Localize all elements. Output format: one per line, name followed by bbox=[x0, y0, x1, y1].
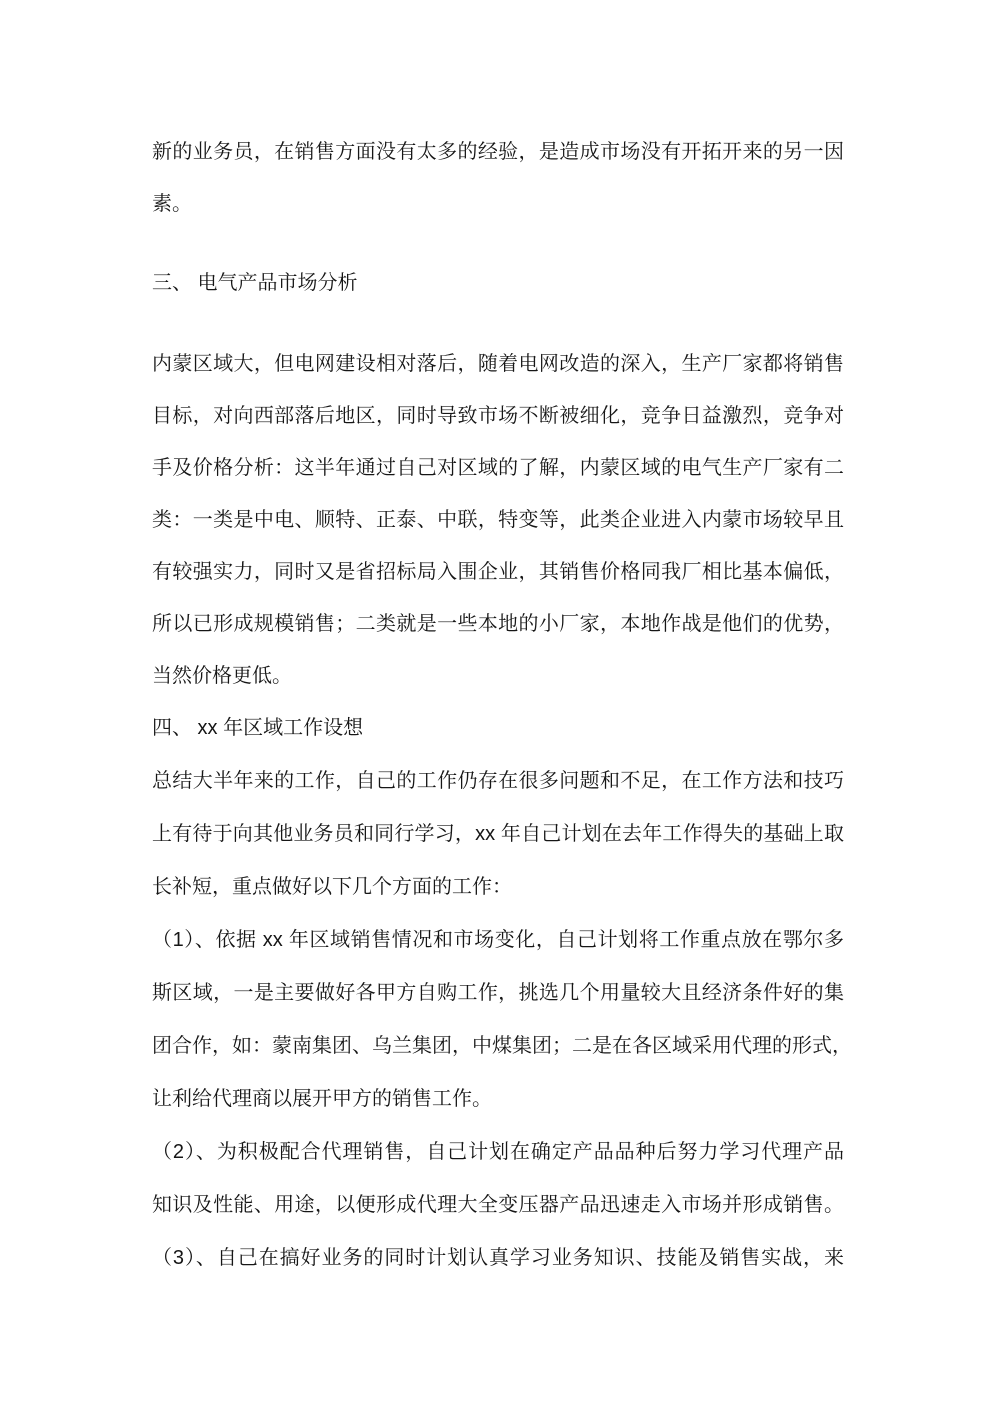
text-line: 斯区域，一是主要做好各甲方自购工作，挑选几个用量较大且经济条件好的集 bbox=[152, 967, 844, 1020]
text-line: （1）、依据 xx 年区域销售情况和市场变化，自己计划将工作重点放在鄂尔多 bbox=[152, 914, 844, 967]
text-line: 上有待于向其他业务员和同行学习，xx 年自己计划在去年工作得失的基础上取 bbox=[152, 808, 844, 861]
body-paragraph: （3）、自己在搞好业务的同时计划认真学习业务知识、技能及销售实战，来 bbox=[152, 1232, 844, 1285]
document-page: 新的业务员，在销售方面没有太多的经验，是造成市场没有开拓开来的另一因素。三、 电… bbox=[0, 0, 1000, 1415]
body-paragraph: （1）、依据 xx 年区域销售情况和市场变化，自己计划将工作重点放在鄂尔多斯区域… bbox=[152, 914, 844, 1126]
text-line: 当然价格更低。 bbox=[152, 650, 844, 702]
body-paragraph: 新的业务员，在销售方面没有太多的经验，是造成市场没有开拓开来的另一因素。 bbox=[152, 126, 844, 230]
section-heading: 三、 电气产品市场分析 bbox=[152, 257, 844, 309]
text-line: 长补短，重点做好以下几个方面的工作： bbox=[152, 861, 844, 914]
body-paragraph: 内蒙区域大，但电网建设相对落后，随着电网改造的深入，生产厂家都将销售目标，对向西… bbox=[152, 338, 844, 702]
section-heading: 四、 xx 年区域工作设想 bbox=[152, 702, 844, 755]
text-line: 让利给代理商以展开甲方的销售工作。 bbox=[152, 1073, 844, 1126]
text-line: 目标，对向西部落后地区，同时导致市场不断被细化，竞争日益激烈，竞争对 bbox=[152, 390, 844, 442]
text-line: 新的业务员，在销售方面没有太多的经验，是造成市场没有开拓开来的另一因 bbox=[152, 126, 844, 178]
text-line: 有较强实力，同时又是省招标局入围企业，其销售价格同我厂相比基本偏低， bbox=[152, 546, 844, 598]
body-paragraph: 总结大半年来的工作，自己的工作仍存在很多问题和不足，在工作方法和技巧上有待于向其… bbox=[152, 755, 844, 914]
text-line: 总结大半年来的工作，自己的工作仍存在很多问题和不足，在工作方法和技巧 bbox=[152, 755, 844, 808]
text-line: 团合作，如：蒙南集团、乌兰集团，中煤集团；二是在各区域采用代理的形式， bbox=[152, 1020, 844, 1073]
text-line: 手及价格分析：这半年通过自己对区域的了解，内蒙区域的电气生产厂家有二 bbox=[152, 442, 844, 494]
text-line: 类：一类是中电、顺特、正泰、中联，特变等，此类企业进入内蒙市场较早且 bbox=[152, 494, 844, 546]
text-line: 所以已形成规模销售；二类就是一些本地的小厂家，本地作战是他们的优势， bbox=[152, 598, 844, 650]
text-line: 内蒙区域大，但电网建设相对落后，随着电网改造的深入，生产厂家都将销售 bbox=[152, 338, 844, 390]
body-paragraph: （2）、为积极配合代理销售，自己计划在确定产品品种后努力学习代理产品知识及性能、… bbox=[152, 1126, 844, 1232]
text-line: 素。 bbox=[152, 178, 844, 230]
text-line: 三、 电气产品市场分析 bbox=[152, 257, 844, 309]
text-line: （3）、自己在搞好业务的同时计划认真学习业务知识、技能及销售实战，来 bbox=[152, 1232, 844, 1285]
document-content: 新的业务员，在销售方面没有太多的经验，是造成市场没有开拓开来的另一因素。三、 电… bbox=[152, 126, 844, 1285]
text-line: 四、 xx 年区域工作设想 bbox=[152, 702, 844, 755]
text-line: （2）、为积极配合代理销售，自己计划在确定产品品种后努力学习代理产品 bbox=[152, 1126, 844, 1179]
text-line: 知识及性能、用途，以便形成代理大全变压器产品迅速走入市场并形成销售。 bbox=[152, 1179, 844, 1232]
